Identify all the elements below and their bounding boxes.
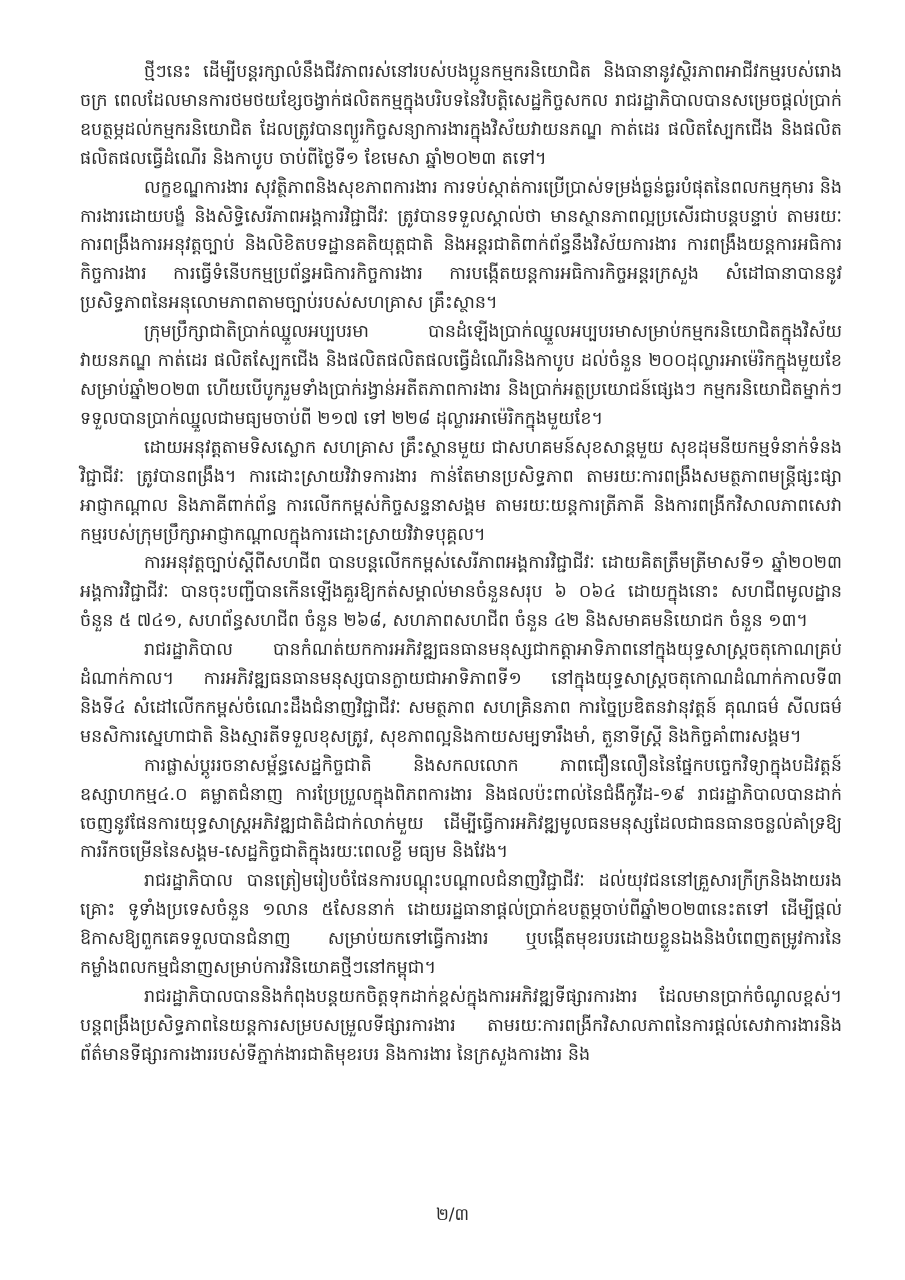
paragraph-labor-market: រាជរដ្ឋាភិបាលបាននិងកំពុងបន្តយកចិត្តទុកដា…	[80, 983, 842, 1070]
document-page: ថ្មីៗនេះ ដើម្បីបន្តរក្សាលំនឹងជីវភាពរស់នៅ…	[0, 0, 905, 1280]
paragraph-economic-transformation: ការផ្លាស់ប្តូររចនាសម្ព័ន្ធសេដ្ឋកិច្ចជាតិ…	[80, 752, 842, 868]
paragraph-human-resource-priority: រាជរដ្ឋាភិបាល បានកំណត់យកការអភិវឌ្ឍធនធានម…	[80, 636, 842, 752]
document-body: ថ្មីៗនេះ ដើម្បីបន្តរក្សាលំនឹងជីវភាពរស់នៅ…	[80, 58, 842, 1070]
paragraph-wage-subsidy: ថ្មីៗនេះ ដើម្បីបន្តរក្សាលំនឹងជីវភាពរស់នៅ…	[80, 58, 842, 174]
paragraph-trade-unions: ការអនុវត្តច្បាប់ស្តីពីសហជីព បានបន្តលើកកម…	[80, 549, 842, 636]
paragraph-labor-disputes: ដោយអនុវត្តតាមទិសស្លោក សហគ្រាស គ្រឹះស្ថាន…	[80, 434, 842, 550]
page-number: ២/៣	[0, 1203, 905, 1227]
paragraph-vocational-training: រាជរដ្ឋាភិបាល បានត្រៀមរៀបចំផែនការបណ្តុះប…	[80, 867, 842, 983]
paragraph-working-conditions: លក្ខខណ្ឌការងារ សុវត្ថិភាពនិងសុខភាពការងារ…	[80, 174, 842, 319]
paragraph-minimum-wage: ក្រុមប្រឹក្សាជាតិប្រាក់ឈ្នួលអប្បបរមា បាន…	[80, 318, 842, 434]
